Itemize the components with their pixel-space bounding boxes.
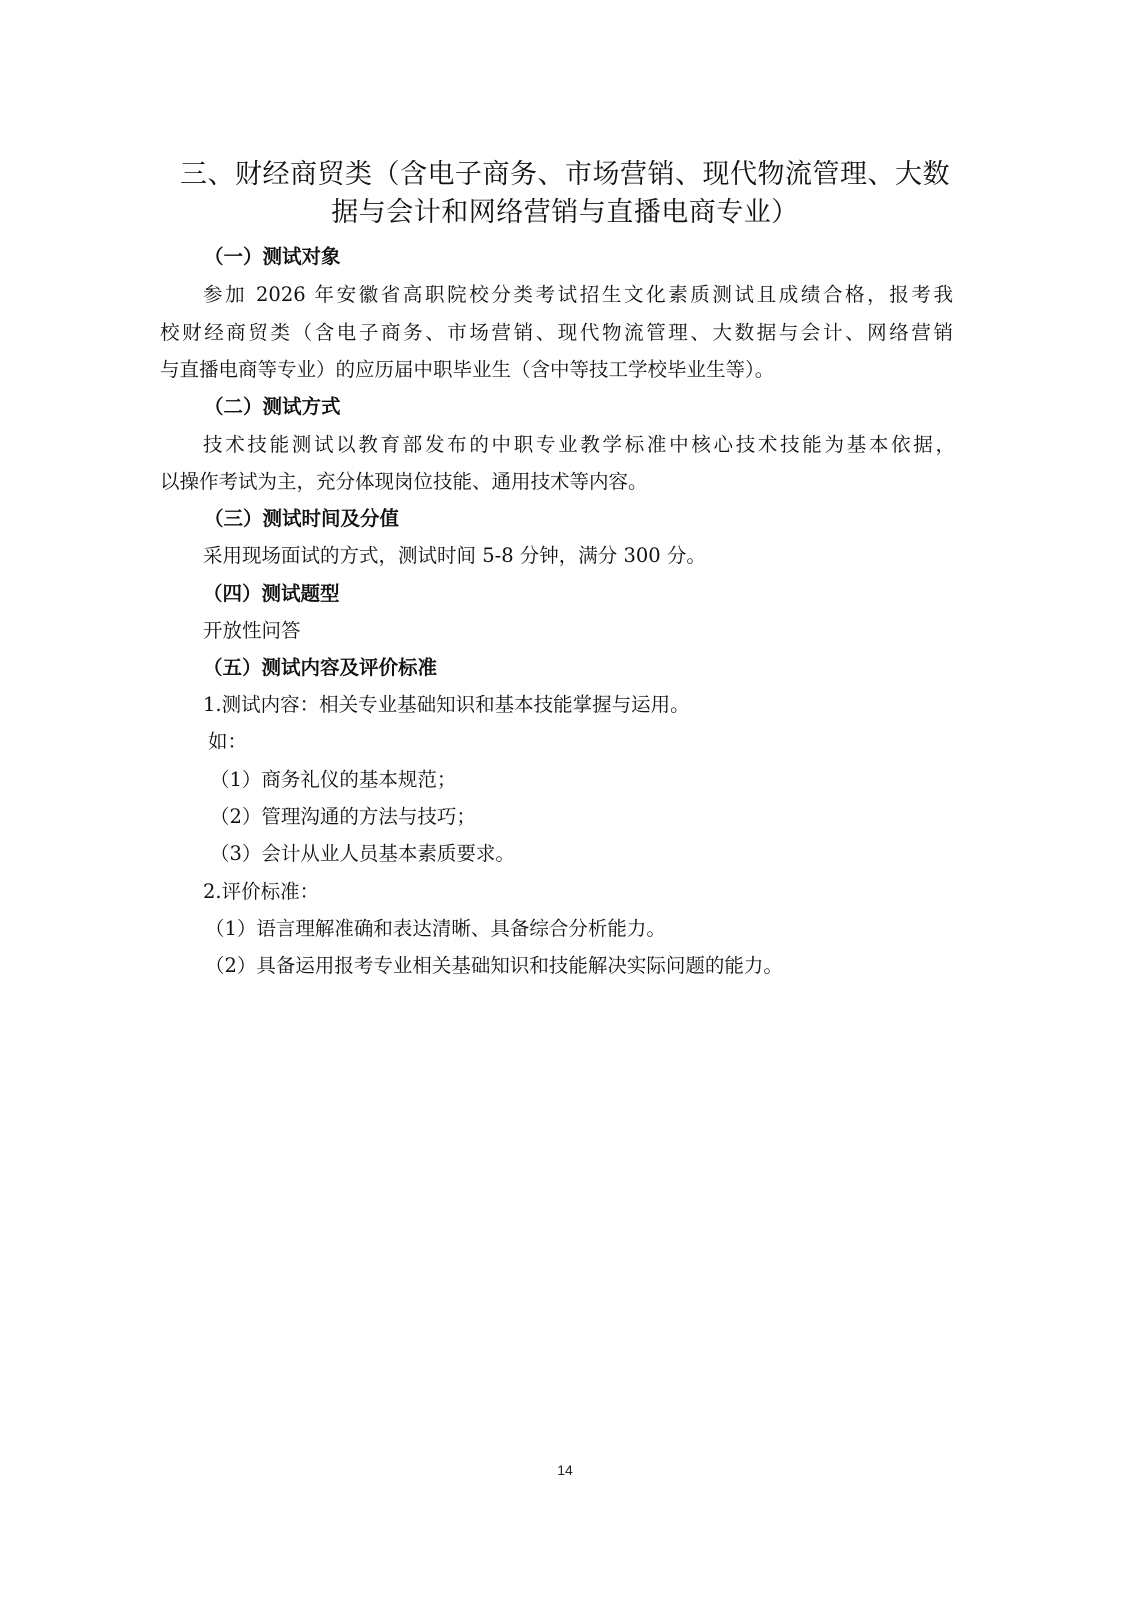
document-page: 三、财经商贸类（含电子商务、市场营销、现代物流管理、大数 据与会计和网络营销与直… <box>0 0 1131 1600</box>
paragraph-line: 技术技能测试以教育部发布的中职专业教学标准中核心技术技能为基本依据， <box>203 432 955 458</box>
paragraph-line: 如： <box>208 729 247 755</box>
heading-content-criteria: （五）测试内容及评价标准 <box>203 655 437 681</box>
paragraph-line: 2.评价标准： <box>203 879 319 905</box>
paragraph-line: 1.测试内容：相关专业基础知识和基本技能掌握与运用。 <box>203 692 690 718</box>
paragraph-line: 与直播电商等专业）的应历届中职毕业生（含中等技工学校毕业生等）。 <box>160 357 774 383</box>
paragraph-line: 以操作考试为主，充分体现岗位技能、通用技术等内容。 <box>160 469 648 495</box>
paragraph-line: 校财经商贸类（含电子商务、市场营销、现代物流管理、大数据与会计、网络营销 <box>160 320 953 346</box>
list-item: （1）语言理解准确和表达清晰、具备综合分析能力。 <box>205 916 666 942</box>
heading-test-time-score: （三）测试时间及分值 <box>204 506 399 532</box>
paragraph-line: 开放性问答 <box>203 618 301 644</box>
heading-test-target: （一）测试对象 <box>204 244 341 270</box>
section-title-line-2: 据与会计和网络营销与直播电商专业） <box>150 194 980 232</box>
page-number: 14 <box>540 1462 590 1478</box>
list-item: （2）具备运用报考专业相关基础知识和技能解决实际问题的能力。 <box>205 953 783 979</box>
section-title-line-1: 三、财经商贸类（含电子商务、市场营销、现代物流管理、大数 <box>150 156 980 194</box>
heading-test-method: （二）测试方式 <box>204 394 341 420</box>
list-item: （2）管理沟通的方法与技巧； <box>210 804 476 830</box>
list-item: （1）商务礼仪的基本规范； <box>210 767 456 793</box>
heading-question-type: （四）测试题型 <box>203 581 340 607</box>
paragraph-line: 采用现场面试的方式，测试时间 5-8 分钟，满分 300 分。 <box>203 543 706 569</box>
list-item: （3）会计从业人员基本素质要求。 <box>210 841 515 867</box>
paragraph-line: 参加 2026 年安徽省高职院校分类考试招生文化素质测试且成绩合格，报考我 <box>203 282 953 308</box>
